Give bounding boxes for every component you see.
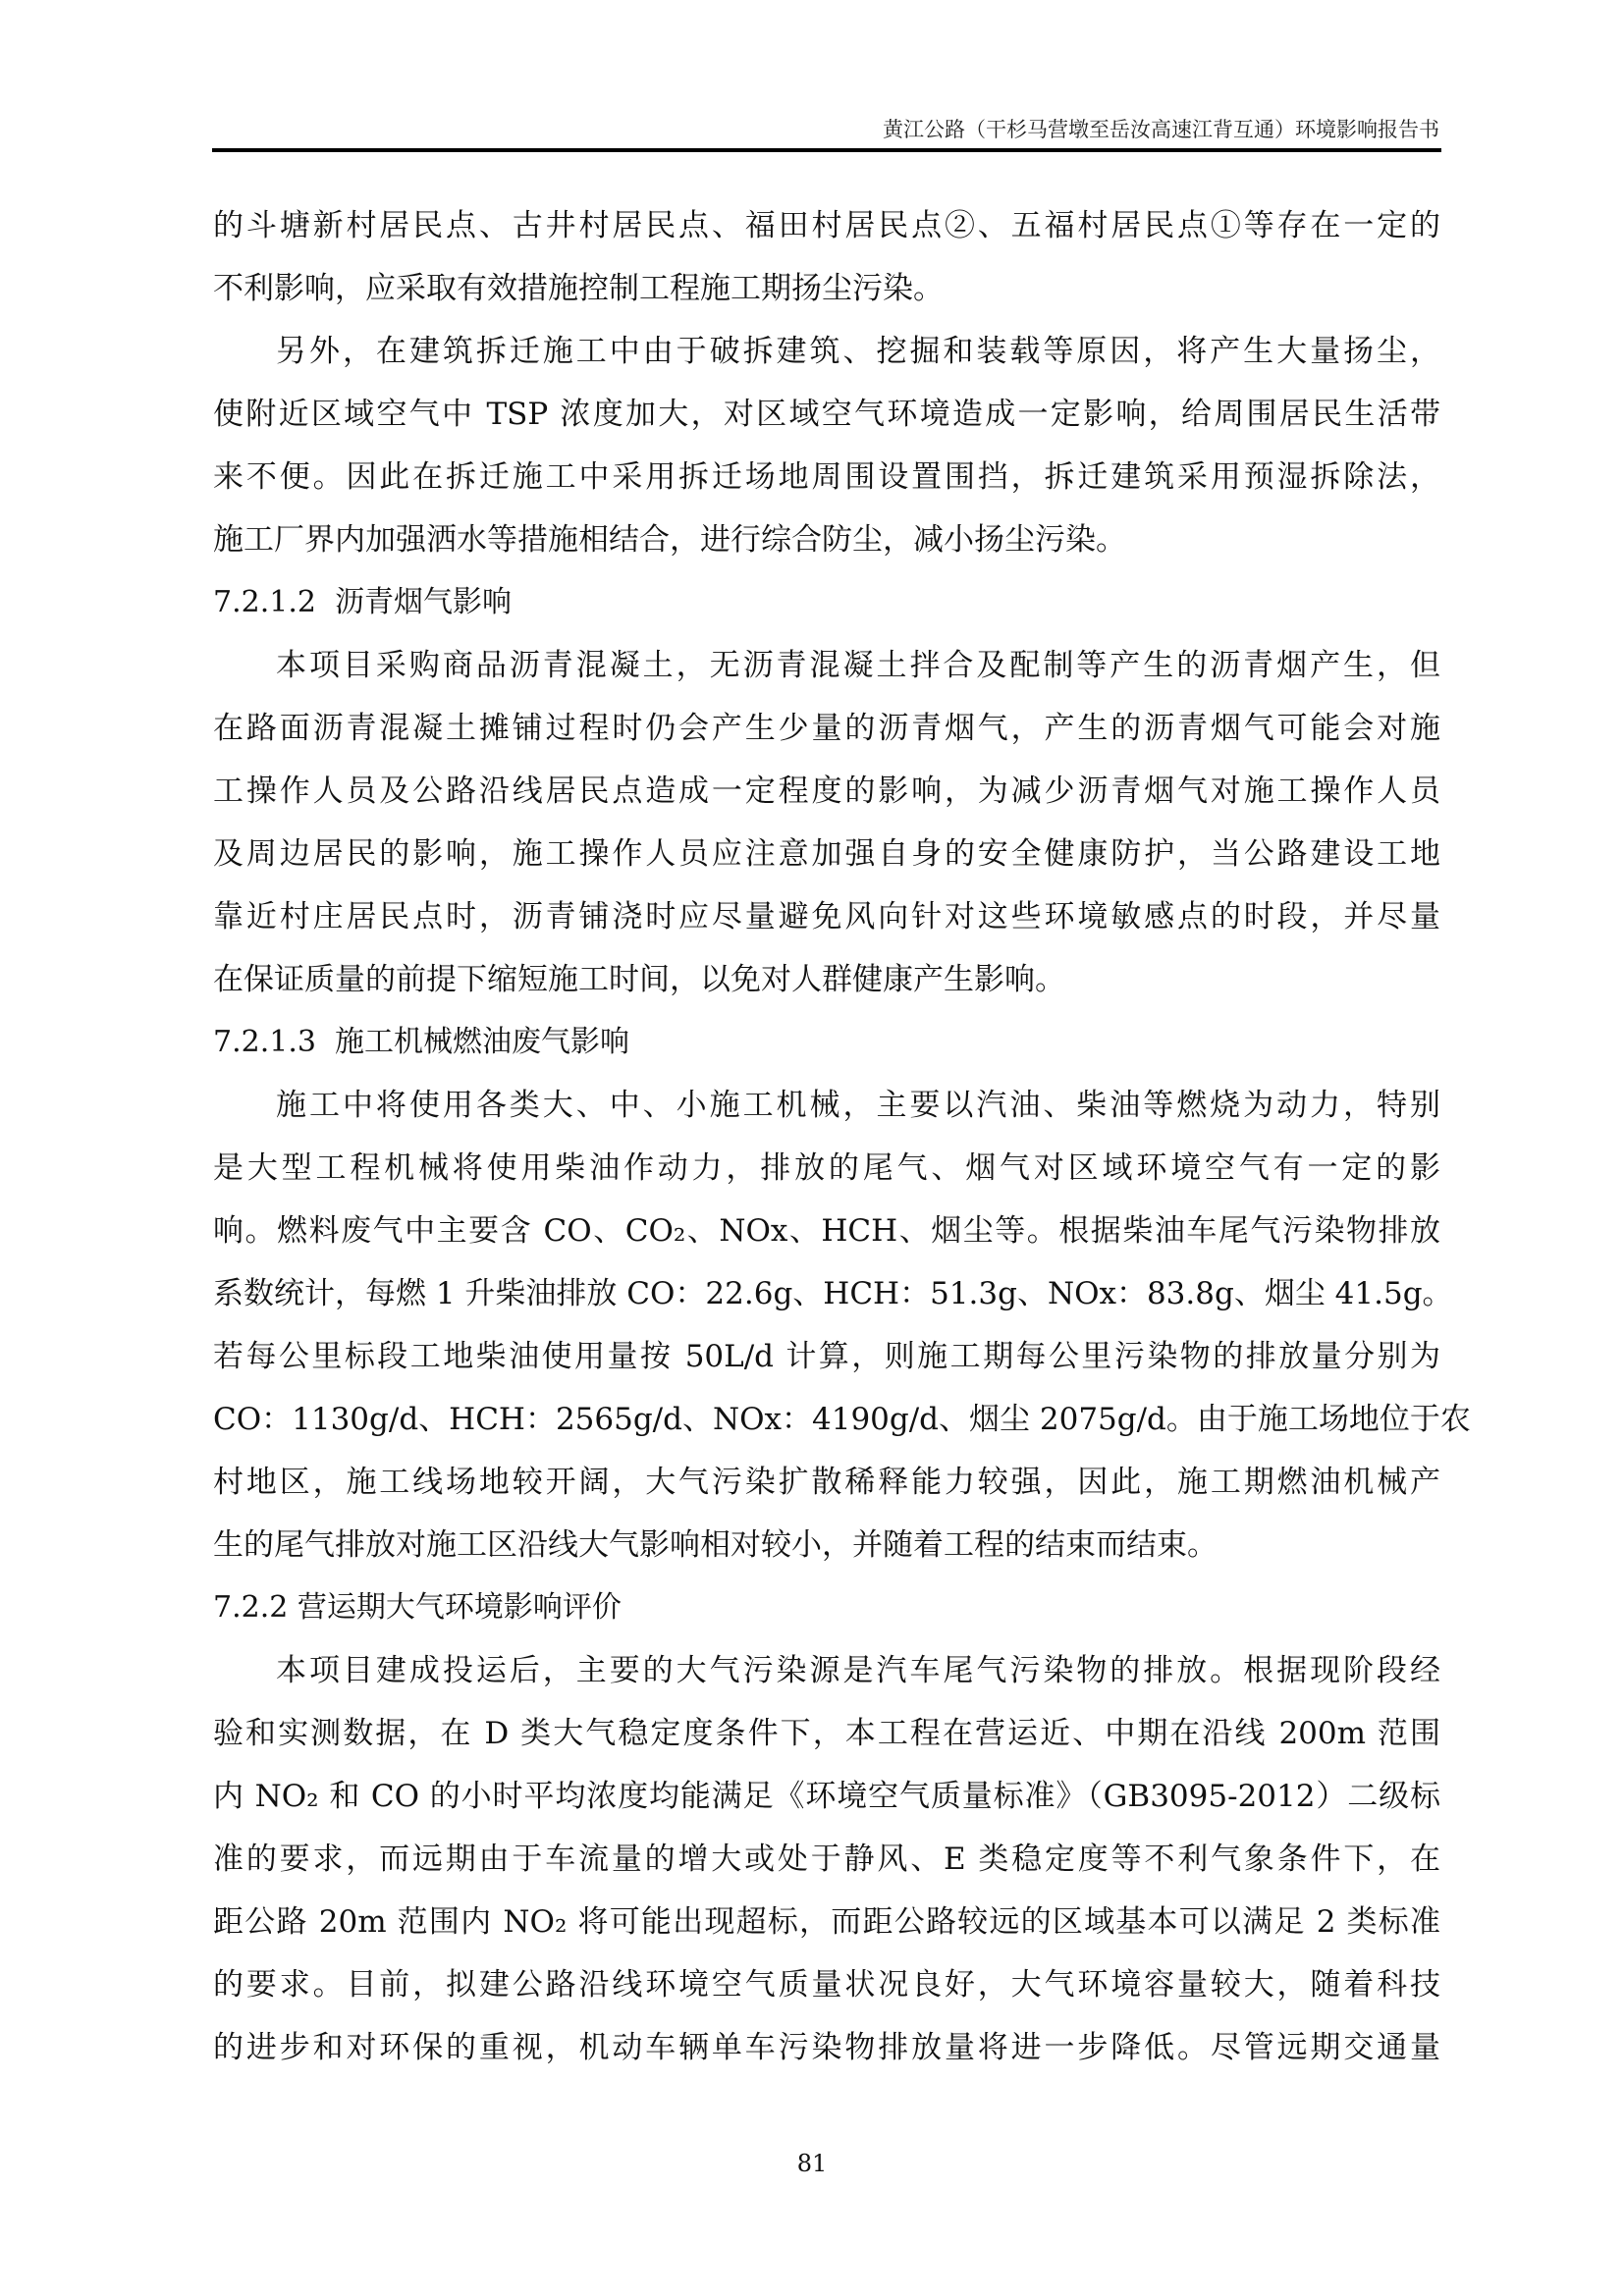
text-line: 本项目建成投运后，主要的大气污染源是汽车尾气污染物的排放。根据现阶段经: [213, 1639, 1440, 1702]
section-number: 7.2.1.3: [213, 1025, 316, 1059]
paragraph: 施工中将使用各类大、中、小施工机械，主要以汽油、柴油等燃烧为动力，特别 是大型工…: [213, 1074, 1440, 1576]
paragraph: 本项目建成投运后，主要的大气污染源是汽车尾气污染物的排放。根据现阶段经 验和实测…: [213, 1639, 1440, 2079]
text-line: 响。燃料废气中主要含 CO、CO₂、NOx、HCH、烟尘等。根据柴油车尾气污染物…: [213, 1200, 1440, 1262]
text-line: 在路面沥青混凝土摊铺过程时仍会产生少量的沥青烟气，产生的沥青烟气可能会对施: [213, 697, 1440, 760]
page-header-title: 黄江公路（干杉马营墩至岳汝高速江背互通）环境影响报告书: [212, 116, 1439, 143]
text-line: 系数统计，每燃 1 升柴油排放 CO：22.6g、HCH：51.3g、NOx：8…: [213, 1262, 1440, 1325]
text-line: 使附近区域空气中 TSP 浓度加大，对区域空气环境造成一定影响，给周围居民生活带: [213, 383, 1440, 446]
text-line: 生的尾气排放对施工区沿线大气影响相对较小，并随着工程的结束而结束。: [213, 1514, 1440, 1576]
text-line: 在保证质量的前提下缩短施工时间，以免对人群健康产生影响。: [213, 948, 1440, 1011]
section-heading: 7.2.1.3 施工机械燃油废气影响: [213, 1011, 1440, 1074]
text-line: 内 NO₂ 和 CO 的小时平均浓度均能满足《环境空气质量标准》（GB3095-…: [213, 1765, 1440, 1828]
document-body: 的斗塘新村居民点、古井村居民点、福田村居民点②、五福村居民点①等存在一定的 不利…: [213, 194, 1440, 2079]
section-heading: 7.2.1.2 沥青烟气影响: [213, 571, 1440, 634]
text-line: 施工中将使用各类大、中、小施工机械，主要以汽油、柴油等燃烧为动力，特别: [213, 1074, 1440, 1137]
text-line: 工操作人员及公路沿线居民点造成一定程度的影响，为减少沥青烟气对施工操作人员: [213, 760, 1440, 823]
paragraph: 另外，在建筑拆迁施工中由于破拆建筑、挖掘和装载等原因，将产生大量扬尘， 使附近区…: [213, 320, 1440, 571]
text-line: 距公路 20m 范围内 NO₂ 将可能出现超标，而距公路较远的区域基本可以满足 …: [213, 1891, 1440, 1953]
text-line: 若每公里标段工地柴油使用量按 50L/d 计算，则施工期每公里污染物的排放量分别…: [213, 1325, 1440, 1388]
text-line: 是大型工程机械将使用柴油作动力，排放的尾气、烟气对区域环境空气有一定的影: [213, 1137, 1440, 1200]
text-line: 验和实测数据，在 D 类大气稳定度条件下，本工程在营运近、中期在沿线 200m …: [213, 1702, 1440, 1765]
text-line: 及周边居民的影响，施工操作人员应注意加强自身的安全健康防护，当公路建设工地: [213, 823, 1440, 885]
page-number: 81: [0, 2150, 1624, 2177]
section-title: 营运期大气环境影响评价: [298, 1590, 622, 1625]
section-heading: 7.2.2 营运期大气环境影响评价: [213, 1576, 1440, 1639]
text-line: 来不便。因此在拆迁施工中采用拆迁场地周围设置围挡，拆迁建筑采用预湿拆除法，: [213, 446, 1440, 508]
text-line: 的要求。目前，拟建公路沿线环境空气质量状况良好，大气环境容量较大，随着科技: [213, 1953, 1440, 2016]
text-line: 本项目采购商品沥青混凝土，无沥青混凝土拌合及配制等产生的沥青烟产生，但: [213, 634, 1440, 697]
text-line: CO：1130g/d、HCH：2565g/d、NOx：4190g/d、烟尘 20…: [213, 1388, 1440, 1451]
section-number: 7.2.2: [213, 1590, 288, 1625]
section-title: 施工机械燃油废气影响: [335, 1025, 629, 1059]
paragraph: 本项目采购商品沥青混凝土，无沥青混凝土拌合及配制等产生的沥青烟产生，但 在路面沥…: [213, 634, 1440, 1011]
text-line: 不利影响，应采取有效措施控制工程施工期扬尘污染。: [213, 257, 1440, 320]
section-number: 7.2.1.2: [213, 585, 316, 619]
text-line: 施工厂界内加强洒水等措施相结合，进行综合防尘，减小扬尘污染。: [213, 508, 1440, 571]
text-line: 的斗塘新村居民点、古井村居民点、福田村居民点②、五福村居民点①等存在一定的: [213, 194, 1440, 257]
text-line: 准的要求，而远期由于车流量的增大或处于静风、E 类稳定度等不利气象条件下，在: [213, 1828, 1440, 1891]
text-line: 靠近村庄居民点时，沥青铺浇时应尽量避免风向针对这些环境敏感点的时段，并尽量: [213, 885, 1440, 948]
text-line: 另外，在建筑拆迁施工中由于破拆建筑、挖掘和装载等原因，将产生大量扬尘，: [213, 320, 1440, 383]
text-line: 的进步和对环保的重视，机动车辆单车污染物排放量将进一步降低。尽管远期交通量: [213, 2016, 1440, 2079]
section-title: 沥青烟气影响: [335, 585, 512, 619]
text-line: 村地区，施工线场地较开阔，大气污染扩散稀释能力较强，因此，施工期燃油机械产: [213, 1451, 1440, 1514]
header-rule: [212, 148, 1441, 152]
paragraph: 的斗塘新村居民点、古井村居民点、福田村居民点②、五福村居民点①等存在一定的 不利…: [213, 194, 1440, 320]
